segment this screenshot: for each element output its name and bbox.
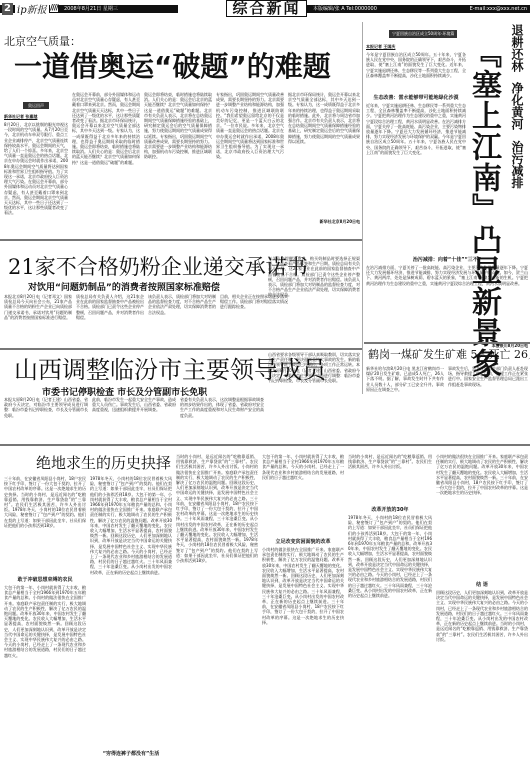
history-subheading-3: 改革开放的30年 [348, 506, 432, 513]
beijing-col-3: 奥运会即将结束，临时措施也将陆续取消。人们关心的是：奥运会后北京的蓝天能否继续？… [144, 92, 212, 227]
divider [0, 348, 362, 350]
milk-col-2: 质检总局有关负责人介绍，这21家企业在此前的国家监督抽查中产品被检出不合格。质检… [76, 294, 144, 332]
beijing-col-2: 在奥运会开幕前，部分外国媒体和运动员对北京空气质量心存疑虑，有人甚至戴着口罩来到… [72, 92, 140, 227]
divider [0, 239, 362, 241]
linfen-col-1: 本报太原8月20日电（记者王建）山西省委、省政府今天决定，对临汾市主要领导成员进… [4, 397, 88, 441]
masthead: 2 ip新报 //// 2008年8月21日 星期三 News 综合新闻 本版编… [0, 0, 530, 22]
history-subheading-4: 结 语 [436, 581, 528, 588]
hegang-headline: 鹤岗一煤矿发生矿难 5人死亡 26人下落不明 [368, 348, 530, 362]
milk-col-5: 有关专家提醒消费者，购买奶制品时要选择正规渠道，注意查看产品标签和生产日期。质检… [268, 256, 360, 332]
hegang-col-1: 新华社哈尔滨8月20日电 黑龙江省鹤岗市一煤矿20日发生矿难，已造成5人死亡，2… [366, 366, 444, 438]
history-subheading-5: “穷得连裤子都没有”生活 [90, 750, 172, 757]
history-col-6: 小岗村的做法很快在全国推广开来。家庭联产承包责任制的实行，极大地调动了农民的生产… [436, 454, 528, 762]
beijing-byline: 新华社记者 张嘉越 [4, 114, 68, 120]
beijing-headline: 一道借奥运“破题”的难题 [14, 50, 331, 84]
divider [364, 342, 530, 344]
section-title: 综合新闻 [226, 0, 307, 17]
news-tag: News [206, 5, 220, 13]
milk-subhead: 对饮用“问题奶制品”的消费者按照国家标准赔偿 [28, 280, 220, 293]
editor-line: 本版编辑/张 A Tel:0000000 [313, 5, 377, 13]
ningxia-col: 本报记者 王国庆 今年是宁夏回族自治区成立50周年。五十年来，宁夏各族人民在党中… [366, 44, 466, 255]
ningxia-col-bottom: 治污减排：向着“十佳”“三不” 在治污减排方面，宁夏关停了一批高耗能、高污染企业… [366, 254, 528, 349]
history-col-4: 大包干的第一年，小岗村就获得了大丰收，粮食总产量相当于全村1966年到1970年… [262, 454, 344, 759]
linfen-col-4: 山西省要求各级领导干部认真吸取教训，切实落实安全生产责任制，坚决遏制重特大事故的… [268, 352, 360, 441]
history-subheading-2: 立足改变贫困面貌的改革 [262, 538, 344, 545]
beijing-credit: 新华社北京8月20日电 [288, 219, 360, 225]
divider [0, 444, 530, 446]
history-headline: 绝地求生的历史抉择 [36, 454, 171, 472]
beijing-col-4: 专家指出，巩固奥运期间空气质量改善成果，需要长期坚持的努力。北京需要进一步调整产… [216, 92, 284, 227]
page-number: 2 [2, 3, 13, 15]
ningxia-label: 宁夏回族自治区成立50周年·环境篇 [389, 30, 457, 38]
linfen-col-3: 省委有关负责人表示，这次调整是根据事故调查的初步结果作出的，体现了省委、省政府对… [180, 397, 264, 441]
beijing-kicker: 北京空气质量： [4, 33, 81, 49]
beijing-body-1: 8月20日，北京以挑剔的眼光审视这一段时间的空气质量。从7月20日至今，北京机动… [4, 122, 68, 250]
column-rule [362, 22, 363, 394]
history-col-2: 1978年冬天，小岗村的18位农民冒着极大风险，秘密签订了“包产到户”的契约。他… [90, 476, 172, 759]
date-line: 2008年8月21日 星期三 [64, 5, 118, 13]
milk-col-1: 本报北京8月20日电（记者邓文）国家质检总局今天向社会公布，21家产品质量不合格… [4, 294, 72, 332]
masthead-slashes: //// [50, 3, 58, 12]
ningxia-subheading-1: 生态改善：雷水能够带可能地绿化沙漠 [366, 94, 466, 101]
hegang-col-2: 事故发生后，黑龙江省有关部门负责人赶赴现场，指导救援工作。目前，救援工作正在紧张… [448, 366, 528, 438]
beijing-col-1: 奥运回声 新华社记者 张嘉越 8月20日，北京以挑剔的眼光审视这一段时间的空气质… [4, 92, 68, 250]
history-col-3: 当时的小岗村，是远近闻名的“吃粮靠返销、用钱靠救济、生产靠贷款”的“三靠村”。农… [176, 454, 258, 759]
history-col-5: 当时的小岗村，是远近闻名的“吃粮靠返销、用钱靠救济、生产靠贷款”的“三靠村”。农… [348, 454, 432, 761]
milk-headline: 21家不合格奶粉企业递交承诺书 [8, 254, 308, 280]
ningxia-subheading-2: 治污减排：向着“十佳”“三不” [366, 256, 528, 263]
beijing-col-5: 据北京市环保局统计，奥运会开幕以来北京空气质量全部达标，其中多天达到一级。专家认… [288, 92, 360, 225]
history-subheading-1: 敢于冲破思想束缚的农民 [4, 576, 86, 583]
linfen-col-2: 此前，临汾市发生一起重大安全生产事故，造成重大人员伤亡。事故发生后，山西省委、省… [92, 397, 176, 441]
ningxia-byline: 本报记者 王国庆 [366, 44, 466, 50]
history-col-1: 三十年前，在安徽省凤阳县小岗村，18户农民按下红手印，签订了一份大包干契约，拉开… [4, 476, 86, 763]
paper-logo: ip新报 [15, 1, 49, 16]
milk-col-3: 该负责人表示，质检部门将加大对奶制品的监督检查力度，对不合格产品生产企业依法严肃… [148, 294, 216, 332]
ningxia-vertical-subhead: 退耕还林 净化黄河 治污减排 [510, 24, 524, 188]
beijing-label: 奥运回声 [23, 102, 49, 109]
email-line: E-mail:xxx@xxx.net.cn [470, 5, 527, 13]
